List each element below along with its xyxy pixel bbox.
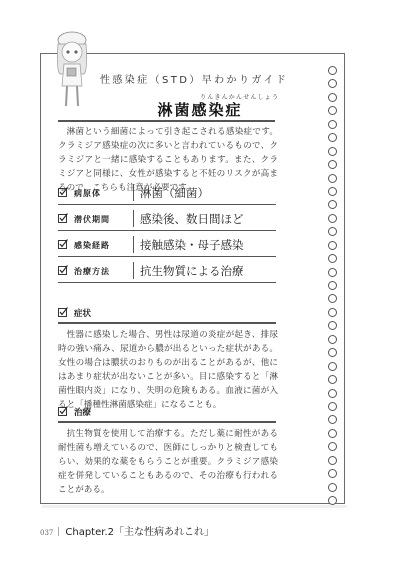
binder-ring-icon bbox=[328, 200, 337, 209]
fact-label: 潜伏期間 bbox=[74, 214, 110, 225]
fact-value: 感染後、数日間ほど bbox=[140, 211, 244, 227]
binder-ring-icon bbox=[328, 66, 337, 75]
binder-ring-icon bbox=[328, 375, 337, 384]
fact-separator bbox=[133, 236, 134, 253]
title-divider bbox=[58, 120, 275, 122]
fact-underline bbox=[58, 204, 276, 205]
section-heading-treatment: 治療 bbox=[58, 403, 276, 423]
page-footer: 037Chapter.2「主な性病あれこれ」 bbox=[40, 523, 214, 538]
binder-ring-icon bbox=[328, 483, 337, 492]
symptoms-paragraph: 性器に感染した場合、男性は尿道の炎症が起き、排尿時の強い痛み、尿道から膿が出ると… bbox=[58, 328, 278, 412]
binder-ring-icon bbox=[328, 120, 337, 129]
checked-box-icon bbox=[58, 239, 68, 249]
page-title: 淋菌感染症 bbox=[140, 99, 260, 120]
section-heading-label: 症状 bbox=[74, 307, 91, 319]
section-heading-label: 治療 bbox=[74, 406, 91, 418]
chapter-title: Chapter.2「主な性病あれこれ」 bbox=[65, 527, 214, 538]
section-heading-symptoms: 症状 bbox=[58, 304, 276, 324]
binder-ring-icon bbox=[328, 174, 337, 183]
guide-title: 性感染症（STD）早わかりガイド bbox=[100, 71, 288, 86]
checked-box-icon bbox=[58, 187, 68, 197]
checked-box-icon bbox=[58, 265, 68, 275]
binder-ring-icon bbox=[328, 281, 337, 290]
footer-divider bbox=[58, 527, 59, 536]
binder-ring-icon bbox=[328, 268, 337, 277]
fact-underline bbox=[58, 282, 276, 283]
binder-ring-icon bbox=[328, 133, 337, 142]
binder-ring-icon bbox=[328, 415, 337, 424]
binder-ring-icon bbox=[328, 348, 337, 357]
fact-value: 抗生物質による治療 bbox=[140, 263, 244, 279]
fact-label: 病原体 bbox=[74, 188, 101, 199]
binder-ring-icon bbox=[328, 254, 337, 263]
binder-ring-icon bbox=[328, 214, 337, 223]
binder-ring-icon bbox=[328, 456, 337, 465]
fact-label: 治療方法 bbox=[74, 266, 110, 277]
binder-ring-icon bbox=[328, 294, 337, 303]
binder-ring-icon bbox=[328, 389, 337, 398]
binder-ring-icon bbox=[328, 442, 337, 451]
binder-ring-icon bbox=[328, 79, 337, 88]
binder-ring-icon bbox=[328, 106, 337, 115]
binder-ring-icon bbox=[328, 187, 337, 196]
nurse-mascot-illustration bbox=[50, 30, 94, 112]
fact-separator bbox=[133, 262, 134, 279]
fact-row-pathogen: 病原体 淋菌（細菌） bbox=[58, 183, 276, 205]
fact-value: 接触感染・母子感染 bbox=[140, 237, 244, 253]
section-underline bbox=[58, 322, 276, 324]
checked-box-icon bbox=[58, 406, 68, 416]
fact-row-route: 感染経路 接触感染・母子感染 bbox=[58, 235, 276, 257]
fact-separator bbox=[133, 210, 134, 227]
binder-ring-icon bbox=[328, 160, 337, 169]
fact-row-incubation: 潜伏期間 感染後、数日間ほど bbox=[58, 209, 276, 231]
page-number: 037 bbox=[40, 529, 53, 537]
binder-rings bbox=[328, 66, 342, 509]
checked-box-icon bbox=[58, 213, 68, 223]
binder-ring-icon bbox=[328, 402, 337, 411]
binder-ring-icon bbox=[328, 362, 337, 371]
binder-ring-icon bbox=[328, 227, 337, 236]
binder-ring-icon bbox=[328, 469, 337, 478]
fact-underline bbox=[58, 256, 276, 257]
fact-label: 感染経路 bbox=[74, 240, 110, 251]
binder-ring-icon bbox=[328, 335, 337, 344]
binder-ring-icon bbox=[328, 496, 337, 505]
binder-ring-icon bbox=[328, 93, 337, 102]
binder-ring-icon bbox=[328, 321, 337, 330]
fact-separator bbox=[133, 184, 134, 201]
fact-row-treatment: 治療方法 抗生物質による治療 bbox=[58, 261, 276, 283]
binder-ring-icon bbox=[328, 308, 337, 317]
binder-ring-icon bbox=[328, 429, 337, 438]
binder-ring-icon bbox=[328, 241, 337, 250]
checked-box-icon bbox=[58, 307, 68, 317]
card-shadow bbox=[42, 505, 347, 508]
fact-underline bbox=[58, 230, 276, 231]
fact-value: 淋菌（細菌） bbox=[140, 185, 209, 201]
binder-ring-icon bbox=[328, 147, 337, 156]
section-underline bbox=[58, 421, 276, 423]
treatment-paragraph: 抗生物質を使用して治療する。ただし薬に耐性がある耐性菌も増えているので、医師にし… bbox=[58, 427, 278, 497]
